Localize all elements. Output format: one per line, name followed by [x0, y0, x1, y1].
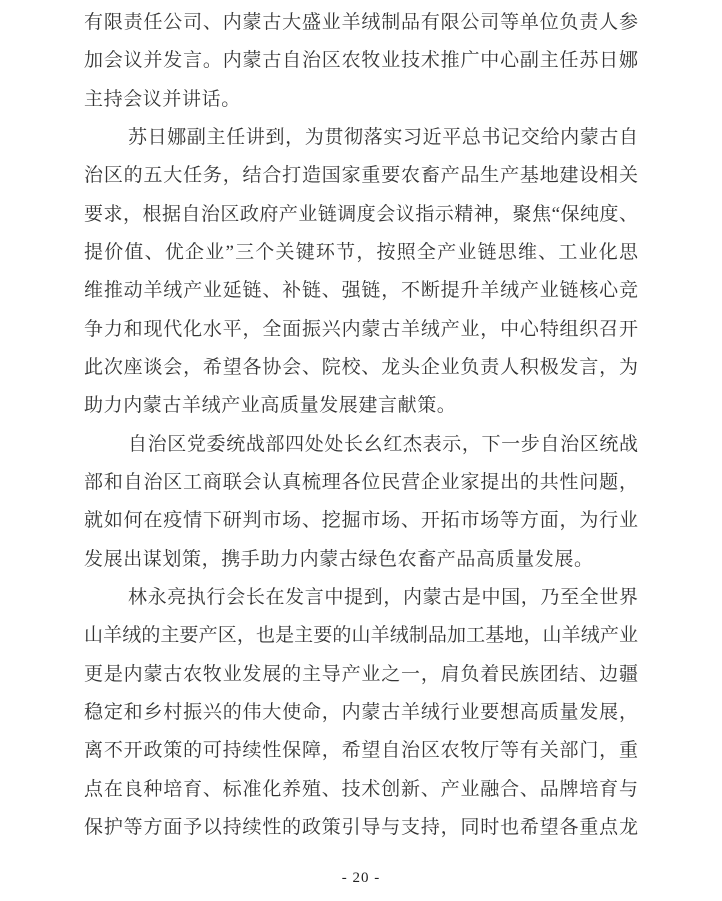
text-line: 保护等方面予以持续性的政策引导与支持，同时也希望各重点龙 — [84, 809, 638, 847]
text-line: 此次座谈会，希望各协会、院校、龙头企业负责人积极发言，为 — [84, 349, 638, 387]
text-line: 治区的五大任务，结合打造国家重要农畜产品生产基地建设相关 — [84, 157, 638, 195]
paragraph: 有限责任公司、内蒙古大盛业羊绒制品有限公司等单位负责人参加会议并发言。内蒙古自治… — [84, 4, 638, 119]
text-line: 加会议并发言。内蒙古自治区农牧业技术推广中心副主任苏日娜 — [84, 42, 638, 80]
text-line: 离不开政策的可持续性保障，希望自治区农牧厅等有关部门，重 — [84, 732, 638, 770]
paragraph: 林永亮执行会长在发言中提到，内蒙古是中国，乃至全世界山羊绒的主要产区，也是主要的… — [84, 579, 638, 847]
paragraph: 苏日娜副主任讲到，为贯彻落实习近平总书记交给内蒙古自治区的五大任务，结合打造国家… — [84, 119, 638, 426]
text-line: 稳定和乡村振兴的伟大使命，内蒙古羊绒行业要想高质量发展， — [84, 694, 638, 732]
text-line: 苏日娜副主任讲到，为贯彻落实习近平总书记交给内蒙古自 — [84, 119, 638, 157]
document-body: 有限责任公司、内蒙古大盛业羊绒制品有限公司等单位负责人参加会议并发言。内蒙古自治… — [84, 4, 638, 847]
text-line: 助力内蒙古羊绒产业高质量发展建言献策。 — [84, 387, 638, 425]
text-line: 维推动羊绒产业延链、补链、强链，不断提升羊绒产业链核心竞 — [84, 272, 638, 310]
text-line: 林永亮执行会长在发言中提到，内蒙古是中国，乃至全世界 — [84, 579, 638, 617]
document-page: 有限责任公司、内蒙古大盛业羊绒制品有限公司等单位负责人参加会议并发言。内蒙古自治… — [0, 0, 722, 901]
text-line: 提价值、优企业”三个关键环节，按照全产业链思维、工业化思 — [84, 234, 638, 272]
text-line: 就如何在疫情下研判市场、挖掘市场、开拓市场等方面，为行业 — [84, 502, 638, 540]
text-line: 发展出谋划策，携手助力内蒙古绿色农畜产品高质量发展。 — [84, 541, 638, 579]
page-number: - 20 - — [0, 868, 722, 888]
text-line: 山羊绒的主要产区，也是主要的山羊绒制品加工基地，山羊绒产业 — [84, 617, 638, 655]
text-line: 点在良种培育、标准化养殖、技术创新、产业融合、品牌培育与 — [84, 771, 638, 809]
text-line: 部和自治区工商联会认真梳理各位民营企业家提出的共性问题， — [84, 464, 638, 502]
text-line: 要求，根据自治区政府产业链调度会议指示精神，聚焦“保纯度、 — [84, 196, 638, 234]
text-line: 有限责任公司、内蒙古大盛业羊绒制品有限公司等单位负责人参 — [84, 4, 638, 42]
text-line: 自治区党委统战部四处处长幺红杰表示，下一步自治区统战 — [84, 426, 638, 464]
text-line: 主持会议并讲话。 — [84, 81, 638, 119]
text-line: 更是内蒙古农牧业发展的主导产业之一，肩负着民族团结、边疆 — [84, 656, 638, 694]
paragraph: 自治区党委统战部四处处长幺红杰表示，下一步自治区统战部和自治区工商联会认真梳理各… — [84, 426, 638, 579]
text-line: 争力和现代化水平，全面振兴内蒙古羊绒产业，中心特组织召开 — [84, 311, 638, 349]
